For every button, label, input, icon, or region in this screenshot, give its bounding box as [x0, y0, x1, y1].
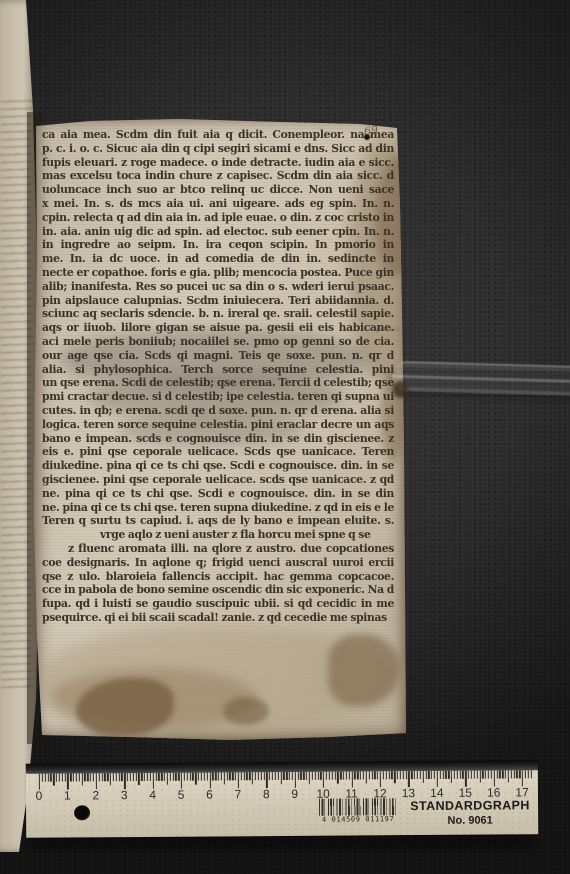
ruler-number: 8: [256, 787, 276, 801]
ruler-tick: [150, 773, 151, 781]
ruler-tick: [431, 771, 432, 779]
manuscript-text-line: alib; inanifesta. Res so pucei uc sa din…: [42, 280, 394, 294]
ruler-tick: [417, 771, 418, 779]
ruler-tick: [528, 770, 529, 778]
ruler-tick: [300, 772, 301, 780]
ruler-tick: [368, 771, 369, 779]
manuscript-text-line: in ingredre ao seipm. In. ira ceqon scip…: [42, 238, 394, 252]
manuscript-text-line: x mei. In. s. ds mcs aia ui. ani uigeare…: [42, 197, 394, 211]
ruler-tick: [76, 773, 77, 781]
ruler-tick: [297, 772, 298, 780]
ruler-tick: [388, 771, 389, 779]
ruler-tick: [172, 773, 173, 781]
ruler-tick: [511, 770, 512, 778]
ruler-tick: [351, 772, 352, 788]
ruler-tick: [516, 770, 517, 778]
ruler-tick: [411, 771, 412, 779]
manuscript-text-line: ne. pina qi ce ts chi qse. teren supna d…: [42, 501, 394, 515]
ruler-tick: [499, 770, 500, 778]
ruler-tick: [530, 770, 531, 778]
ruler-tick: [280, 772, 281, 784]
ruler-tick: [67, 773, 68, 789]
manuscript-text-line: necte er copathoe. foris e gia. plib; me…: [42, 266, 394, 280]
ruler-tick: [383, 771, 384, 779]
ruler-number: 1: [57, 788, 77, 802]
manuscript-text-line: fupa. qd i luisti se gaudio suscipuic ub…: [42, 597, 394, 611]
ruler-tick: [366, 771, 367, 783]
manuscript-text-line: in. aia. anin uig dic ad spin. ad electo…: [42, 225, 394, 239]
ruler-tick: [394, 771, 395, 783]
ruler-tick: [192, 773, 193, 781]
ruler-tick: [155, 773, 156, 781]
ruler-tick: [414, 771, 415, 779]
ruler-tick: [138, 773, 139, 785]
ruler-tick: [459, 771, 460, 779]
ruler-number: 3: [114, 788, 134, 802]
ruler-tick: [440, 771, 441, 779]
ruler-tick: [479, 771, 480, 783]
ruler-tick: [360, 771, 361, 779]
ruler-tick: [309, 772, 310, 784]
ruler-tick: [127, 773, 128, 781]
ruler-tick: [226, 772, 227, 780]
ruler-tick: [204, 773, 205, 781]
manuscript-text-line: eis e. pini qse ceporale uelicace. Scds …: [42, 445, 394, 459]
ruler-tick: [232, 772, 233, 780]
ruler-tick: [445, 771, 446, 779]
ruler-tick: [130, 773, 131, 781]
ruler-tick: [317, 772, 318, 780]
ruler-tick: [249, 772, 250, 780]
manuscript-text-line: un qse erena. Scdi de celestib; qse eren…: [42, 376, 394, 390]
ruler-tick: [471, 771, 472, 779]
ruler-tick: [152, 773, 153, 789]
ruler-tick: [272, 772, 273, 780]
barcode-digits: 4 014509 011197: [315, 815, 401, 824]
manuscript-text-line: ca aia mea. Scdm din fuit aia q dicit. C…: [42, 128, 394, 142]
ruler-tick: [90, 773, 91, 781]
manuscript-text-line: logica. teren sorce sequine celestia. pi…: [42, 418, 394, 432]
ruler-tick: [124, 773, 125, 789]
manuscript-text-line: our age qse cia. Scds qi magni. Teis qe …: [42, 349, 394, 363]
ruler-tick: [326, 772, 327, 780]
ruler-tick: [400, 771, 401, 779]
ruler-tick: [101, 773, 102, 781]
manuscript-text-line: aqs or iiuob. lilore gigan se aisue pa. …: [42, 321, 394, 335]
ruler-tick: [215, 772, 216, 780]
ruler-hanging-hole: [74, 805, 90, 820]
ruler-tick: [229, 772, 230, 780]
ruler-brand: STANDARDGRAPH: [404, 798, 536, 813]
ruler-tick: [292, 772, 293, 780]
ruler-tick: [187, 773, 188, 781]
ruler-tick: [491, 771, 492, 779]
ruler-tick: [64, 774, 65, 782]
ruler-tick: [42, 774, 43, 782]
ruler-tick: [218, 772, 219, 780]
ruler-tick: [53, 774, 54, 786]
ruler-tick: [167, 773, 168, 785]
ruler-number: 14: [427, 786, 447, 800]
ruler-tick: [246, 772, 247, 780]
glass-pointer-rod: [392, 361, 570, 396]
ruler-tick: [56, 774, 57, 782]
ruler-tick: [283, 772, 284, 780]
ruler-tick: [181, 773, 182, 789]
ruler-tick: [252, 772, 253, 784]
ruler-tick: [221, 772, 222, 780]
ruler-tick: [238, 772, 239, 788]
ruler-tick: [243, 772, 244, 780]
ruler-tick: [201, 773, 202, 781]
ruler-tick: [454, 771, 455, 779]
glass-pointer-tip-shadow: [393, 381, 408, 398]
ruler-tick: [295, 772, 296, 788]
ruler-tick: [79, 773, 80, 781]
ruler-tick: [354, 771, 355, 779]
ruler-tick: [144, 773, 145, 781]
ruler-tick: [50, 774, 51, 782]
ruler-tick: [349, 772, 350, 780]
ruler-tick: [44, 774, 45, 782]
ruler-tick: [73, 773, 74, 781]
manuscript-text-line: giscienee. pini qse ceporale uelicace. s…: [42, 473, 394, 487]
ruler-tick: [147, 773, 148, 781]
ruler-tick: [135, 773, 136, 781]
ruler-tick: [96, 773, 97, 789]
ruler-tick: [286, 772, 287, 780]
manuscript-text-line: me. In. ia dc uoce. in ad comedia de din…: [42, 252, 394, 266]
ruler-model: No. 9061: [404, 814, 536, 827]
ruler-number: 9: [285, 787, 305, 801]
ruler-tick: [306, 772, 307, 780]
manuscript-text-line: mas excelsu toca indin chure z capisec. …: [42, 169, 394, 183]
manuscript-text-line: alia. si phylosophica. Terch sorce sequi…: [42, 363, 394, 377]
ruler-tick: [482, 771, 483, 779]
ruler-tick: [474, 771, 475, 779]
ruler-tick: [451, 771, 452, 783]
ruler-tick: [206, 773, 207, 781]
manuscript-text-line: ne. pina qi ce ts chi qse. Scdi e cognou…: [42, 487, 394, 501]
ruler-tick: [133, 773, 134, 781]
ruler-tick: [525, 770, 526, 778]
ruler-tick: [224, 772, 225, 784]
manuscript-text-line: qse z ulo. blaroieia fallencis accipit. …: [42, 570, 394, 584]
ruler-tick: [363, 771, 364, 779]
ruler-tick: [408, 771, 409, 787]
ruler-number: 7: [228, 787, 248, 801]
ruler-tick: [241, 772, 242, 780]
ruler-number: 0: [29, 789, 49, 803]
ruler-tick: [93, 773, 94, 781]
ruler-tick: [357, 771, 358, 779]
ruler-tick: [374, 771, 375, 779]
manuscript-text-line: Teren q surtu ts capiud. i. aqs de ly ba…: [42, 514, 394, 528]
ruler-tick: [258, 772, 259, 780]
manuscript-text-line: uoluncace inch suo ar btco relinq uc dic…: [42, 183, 394, 197]
ruler-tick: [323, 772, 324, 788]
barcode-bars: [319, 798, 397, 816]
ruler-tick: [380, 771, 381, 787]
ruler-tick: [508, 770, 509, 782]
ruler-tick: [116, 773, 117, 781]
manuscript-text-block: ca aia mea. Scdm din fuit aia q dicit. C…: [42, 128, 394, 625]
manuscript-text-line: cutes. in qb; e erena. scdi qe d soxe. p…: [42, 404, 394, 418]
ruler-tick: [118, 773, 119, 781]
barcode: 4 014509 011197: [315, 798, 401, 829]
ruler-tick: [39, 774, 40, 790]
ruler-tick: [320, 772, 321, 780]
ruler-tick: [312, 772, 313, 780]
ruler: 01234567891011121314151617 4 014509 0111…: [26, 760, 539, 838]
ruler-shadow: [30, 836, 535, 847]
ruler-tick: [465, 771, 466, 787]
ruler-tick: [266, 772, 267, 788]
ruler-tick: [104, 773, 105, 781]
ruler-tick: [255, 772, 256, 780]
ruler-tick: [403, 771, 404, 779]
ruler-tick: [275, 772, 276, 780]
ruler-tick: [485, 771, 486, 779]
ruler-tick: [158, 773, 159, 781]
stain-brown-blotch-center: [223, 697, 269, 725]
ruler-tick: [377, 771, 378, 779]
manuscript-text-line: pin aipslauce calupnias. Scdm iniuiecera…: [42, 294, 394, 308]
photograph-frame: ca aia mea. Scdm din fuit aia q dicit. C…: [0, 0, 570, 874]
ruler-tick: [519, 770, 520, 778]
ruler-tick: [434, 771, 435, 779]
ruler-tick: [386, 771, 387, 779]
ruler-tick: [397, 771, 398, 779]
manuscript-text-line: aci mele peris boniiub; nocaiilei se. pm…: [42, 335, 394, 349]
ruler-tick: [405, 771, 406, 779]
ruler-tick: [107, 773, 108, 781]
ruler-tick: [337, 772, 338, 784]
ruler-tick: [437, 771, 438, 787]
ruler-tick: [269, 772, 270, 780]
ruler-tick: [329, 772, 330, 780]
ruler-tick: [476, 771, 477, 779]
manuscript-text-line: cpin. relecta q ad din aia in. ad iple e…: [42, 211, 394, 225]
ruler-tick: [70, 773, 71, 781]
ruler-tick: [47, 774, 48, 782]
ruler-tick: [209, 772, 210, 788]
ruler-tick: [184, 773, 185, 781]
manuscript-text-line: coe designaris. In aqlone q; frigid uenc…: [42, 556, 394, 570]
ruler-tick: [513, 770, 514, 778]
manuscript-text-line: vrge aqlo z ueni auster z fla horcu mei …: [42, 528, 394, 542]
ruler-tick: [110, 773, 111, 785]
ruler-tick: [496, 770, 497, 778]
ruler-tick: [164, 773, 165, 781]
ruler-tick: [178, 773, 179, 781]
ruler-tick: [212, 772, 213, 780]
manuscript-text-line: pmi cractar decue. si d celestib; ipe ce…: [42, 390, 394, 404]
ruler-tick: [428, 771, 429, 779]
ruler-tick: [303, 772, 304, 780]
ruler-tick: [87, 773, 88, 781]
ruler-tick: [371, 771, 372, 779]
ruler-tick: [161, 773, 162, 781]
ruler-tick: [442, 771, 443, 779]
ruler-tick: [175, 773, 176, 781]
manuscript-text-line: bano e impean. scds e cognouisce din. in…: [42, 432, 394, 446]
ruler-tick: [494, 771, 495, 787]
ruler-tick: [468, 771, 469, 779]
ruler-tick: [332, 772, 333, 780]
manuscript-text-line: z fluenc aromata illi. na qlore z austro…: [42, 542, 394, 556]
marginal-note: q de sci: [374, 326, 402, 333]
ruler-tick: [502, 770, 503, 778]
ruler-tick: [189, 773, 190, 781]
ruler-tick: [522, 770, 523, 786]
ruler-tick: [425, 771, 426, 779]
ruler-tick: [334, 772, 335, 780]
manuscript-text-line: fupis eleuari. z roge madece. o inde det…: [42, 156, 394, 170]
ruler-tick: [62, 774, 63, 782]
ruler-tick: [141, 773, 142, 781]
manuscript-text-line: cce in pabola de bono semine oscendic di…: [42, 583, 394, 597]
ruler-tick: [59, 774, 60, 782]
ruler-tick: [448, 771, 449, 779]
ruler-number: 15: [455, 786, 475, 800]
ruler-tick: [422, 771, 423, 783]
ruler-tick: [198, 773, 199, 781]
ruler-number: 2: [86, 788, 106, 802]
ruler-tick: [84, 773, 85, 781]
ruler-tick: [391, 771, 392, 779]
manuscript-text-line: psequirce. qi ei bii scaii scadal! zanie…: [42, 611, 394, 625]
ruler-tick: [488, 771, 489, 779]
ruler-tick: [289, 772, 290, 780]
ruler-face: 01234567891011121314151617 4 014509 0111…: [26, 770, 538, 838]
ruler-tick: [462, 771, 463, 779]
ruler-tick: [113, 773, 114, 781]
ruler-tick: [260, 772, 261, 780]
ruler-number: 4: [143, 788, 163, 802]
ruler-tick: [81, 773, 82, 785]
ruler-tick: [278, 772, 279, 780]
ruler-number: 6: [199, 787, 219, 801]
ruler-tick: [343, 772, 344, 780]
manuscript-text-line: p. c. i. o. c. Sicuc aia din q cipi segi…: [42, 142, 394, 156]
ruler-tick: [420, 771, 421, 779]
manuscript-text-line: diukedine. pina qi ce ts chi qse. Scdi e…: [42, 459, 394, 473]
ruler-tick: [170, 773, 171, 781]
manuscript-page: ca aia mea. Scdm din fuit aia q dicit. C…: [30, 116, 408, 742]
ruler-tick: [98, 773, 99, 781]
manuscript-text-line: sciunc aq seclaris sdencie. b. n. ireral…: [42, 307, 394, 321]
ruler-tick: [340, 772, 341, 780]
ruler-tick: [505, 770, 506, 778]
ruler-number: 5: [171, 788, 191, 802]
ruler-tick: [346, 772, 347, 780]
ruler-tick: [195, 773, 196, 785]
ruler-tick: [457, 771, 458, 779]
ruler-tick: [263, 772, 264, 780]
ruler-tick: [235, 772, 236, 780]
ruler-number: 17: [512, 785, 532, 799]
ruler-tick: [314, 772, 315, 780]
ruler-tick: [121, 773, 122, 781]
